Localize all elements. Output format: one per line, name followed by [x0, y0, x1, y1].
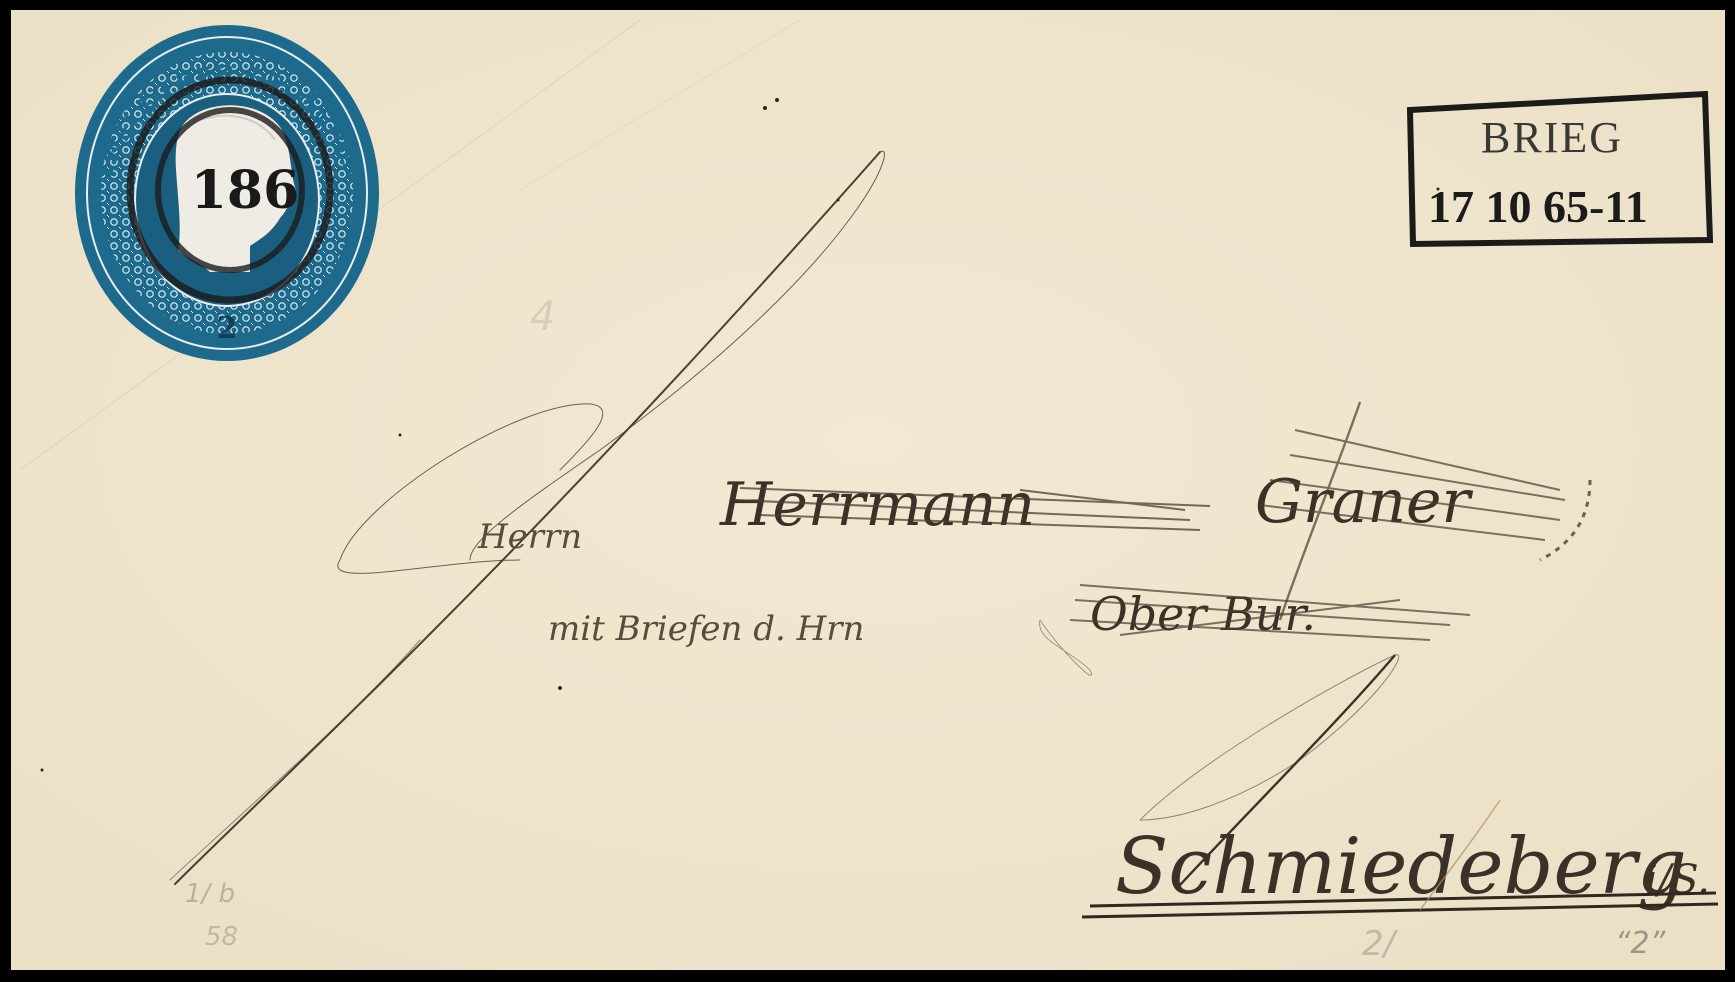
destination-suffix: i/S.	[1645, 857, 1710, 903]
pencil-note: “2”	[1615, 926, 1666, 961]
cancel-number: 186	[191, 160, 300, 221]
postmark-date: 17 10 65-11	[1428, 181, 1648, 232]
address-line2: mit Briefen d. Hrn	[548, 609, 864, 649]
pencil-note: 4	[530, 294, 555, 340]
postmark-town: BRIEG	[1481, 113, 1623, 162]
pencil-note: 58	[205, 922, 238, 952]
imprinted-stamp: ZWEI SILBER GROSCHEN 186 2	[75, 25, 379, 361]
addressee-name-struck: Herrmann	[719, 470, 1035, 540]
salutation: Herrn	[477, 517, 582, 557]
pencil-note: 2/	[1362, 924, 1399, 964]
pencil-note: 1/ b	[185, 879, 235, 909]
stamp-value-numeral: 2	[217, 311, 238, 346]
envelope-scan: ZWEI SILBER GROSCHEN 186 2 BRIEG 17 10 6…	[0, 0, 1735, 982]
